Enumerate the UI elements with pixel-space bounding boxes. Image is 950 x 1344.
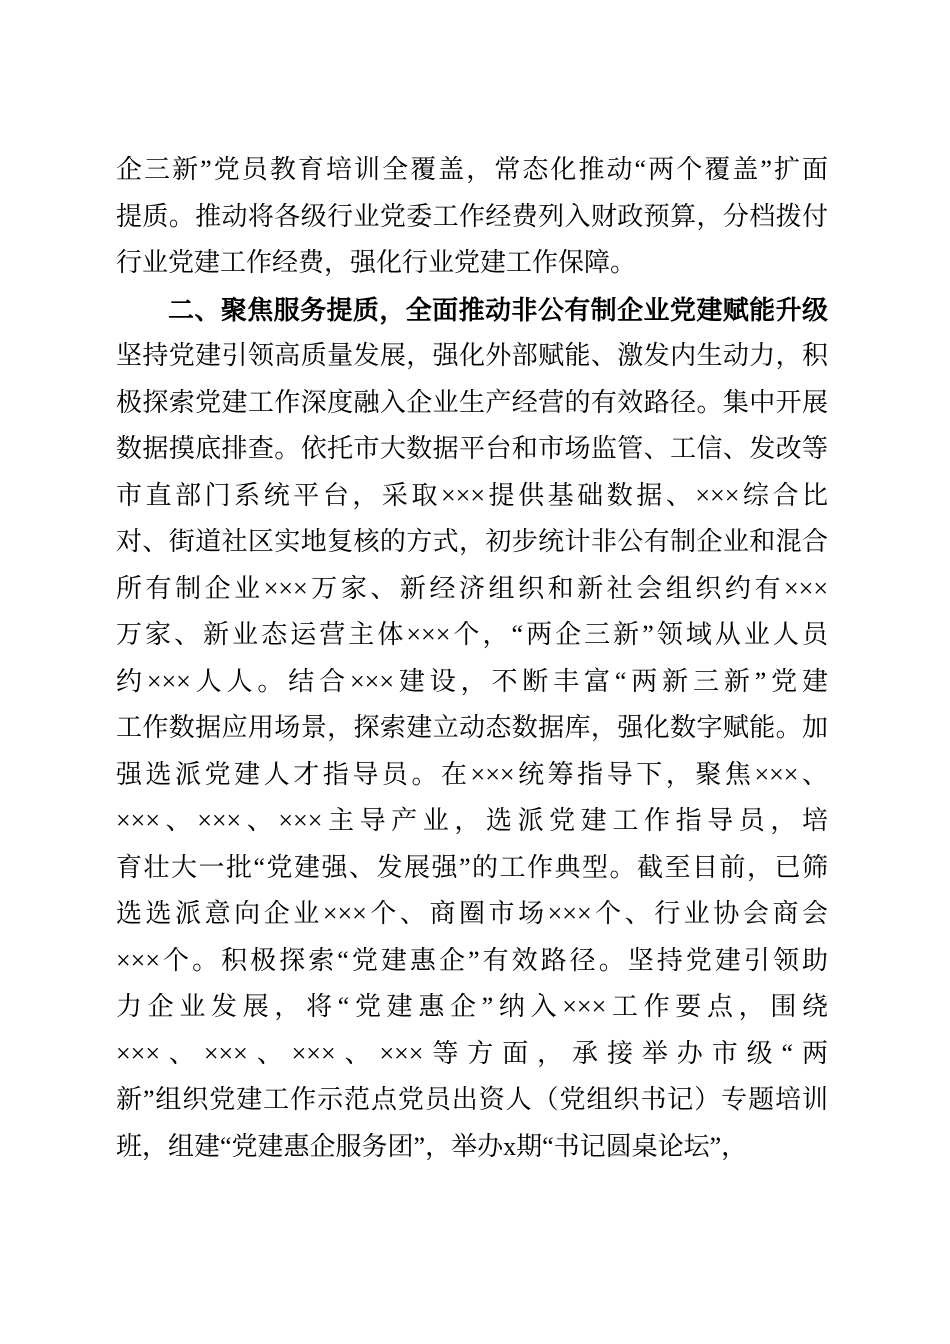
text-line: 所有制企业×××万家、新经济组织和新社会组织约有××× <box>116 566 828 613</box>
text-line: 新”组织党建工作示范点党员出资人（党组织书记）专题培训 <box>116 1077 828 1124</box>
text-line: 班，组建“党建惠企服务团”，举办x期“书记圆桌论坛”， <box>116 1124 828 1171</box>
text-line: 选选派意向企业×××个、商圈市场×××个、行业协会商会 <box>116 891 828 938</box>
text-line: 万家、新业态运营主体×××个，“两企三新”领域从业人员 <box>116 612 828 659</box>
text-line: 工作数据应用场景，探索建立动态数据库，强化数字赋能。加 <box>116 705 828 752</box>
text-block: 企三新”党员教育培训全覆盖，常态化推动“两个覆盖”扩面提质。推动将各级行业党委工… <box>116 147 828 1170</box>
text-line: ×××个。积极探索“党建惠企”有效路径。坚持党建引领助 <box>116 938 828 985</box>
text-line: 约×××人人。结合×××建设，不断丰富“两新三新”党建 <box>116 659 828 706</box>
text-line: 坚持党建引领高质量发展，强化外部赋能、激发内生动力，积 <box>116 333 828 380</box>
section-heading: 二、聚焦服务提质，全面推动非公有制企业党建赋能升级 <box>116 287 828 334</box>
text-line: 行业党建工作经费，强化行业党建工作保障。 <box>116 240 828 287</box>
document-page: 企三新”党员教育培训全覆盖，常态化推动“两个覆盖”扩面提质。推动将各级行业党委工… <box>0 0 950 1344</box>
text-line: 数据摸底排查。依托市大数据平台和市场监管、工信、发改等 <box>116 426 828 473</box>
text-line: 育壮大一批“党建强、发展强”的工作典型。截至目前，已筛 <box>116 845 828 892</box>
text-line: 对、街道社区实地复核的方式，初步统计非公有制企业和混合 <box>116 519 828 566</box>
text-line: ×××、×××、×××主导产业，选派党建工作指导员，培 <box>116 798 828 845</box>
text-line: 极探索党建工作深度融入企业生产经营的有效路径。集中开展 <box>116 380 828 427</box>
text-line: 市直部门系统平台，采取×××提供基础数据、×××综合比 <box>116 473 828 520</box>
text-line: 力企业发展，将“党建惠企”纳入×××工作要点，围绕 <box>116 984 828 1031</box>
text-line: ×××、×××、×××、×××等方面，承接举办市级“两 <box>116 1031 828 1078</box>
text-line: 强选派党建人才指导员。在×××统筹指导下，聚焦×××、 <box>116 752 828 799</box>
text-line: 企三新”党员教育培训全覆盖，常态化推动“两个覆盖”扩面 <box>116 147 828 194</box>
text-line: 提质。推动将各级行业党委工作经费列入财政预算，分档拨付 <box>116 194 828 241</box>
